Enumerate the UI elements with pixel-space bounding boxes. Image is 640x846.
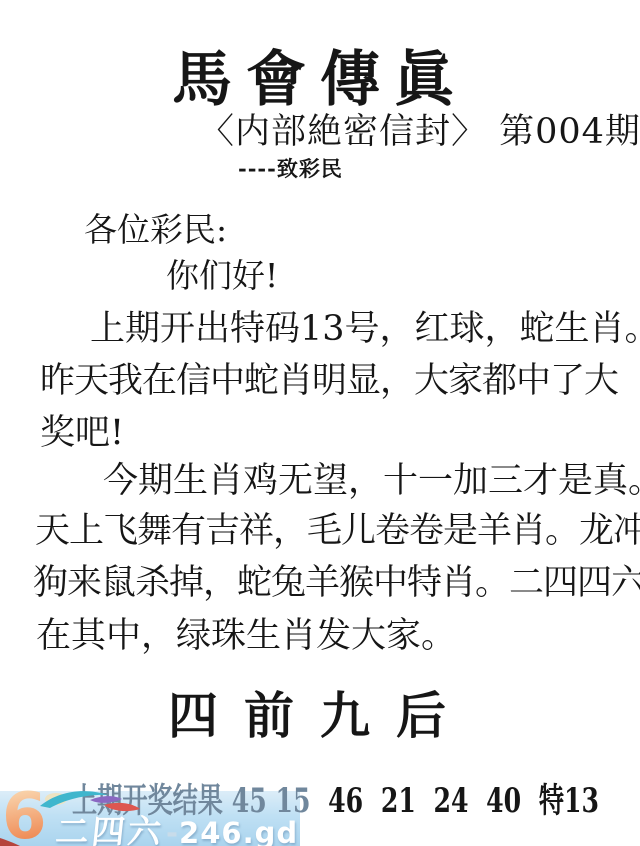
brand-hyphen: - [166,816,178,846]
result-number: 24 [434,781,469,821]
letter-line: 在其中，绿珠生肖发大家。 [36,608,456,658]
result-number: 21 [381,781,416,821]
letter-greeting: 你们好! [166,250,278,297]
letter-line: 奖吧! [40,405,124,455]
result-number: 40 [486,781,521,821]
brand-domain: 246.gd [179,816,298,846]
brand-wordmark: 二四六-246.gd [56,806,298,846]
letter-line: 狗来鼠杀掉，蛇兔羊猴中特肖。二四四六 [33,555,640,605]
dedication-line: ----致彩民 [238,153,343,183]
fax-letter-page: 馬會傳眞 〈内部絶密信封〉 第004期 ----致彩民 各位彩民: 你们好! 上… [0,0,640,846]
letter-line: 上期开出特码13号，红球，蛇生肖。 [90,301,640,351]
special-number: 特13 [539,781,599,821]
result-number: 46 [328,781,363,821]
letter-line: 天上飞舞有吉祥，毛儿卷卷是羊肖。龙冲 [35,503,640,553]
page-subtitle: 〈内部絶密信封〉 第004期 [199,104,640,154]
letter-line: 今期生肖鸡无望，十一加三才是真。 [103,453,640,503]
tip-highlight: 四前九后 [0,676,640,748]
letter-salutation: 各位彩民: [84,204,227,251]
letter-line: 昨天我在信中蛇肖明显，大家都中了大 [40,353,618,403]
brand-name: 二四六 [54,806,167,846]
